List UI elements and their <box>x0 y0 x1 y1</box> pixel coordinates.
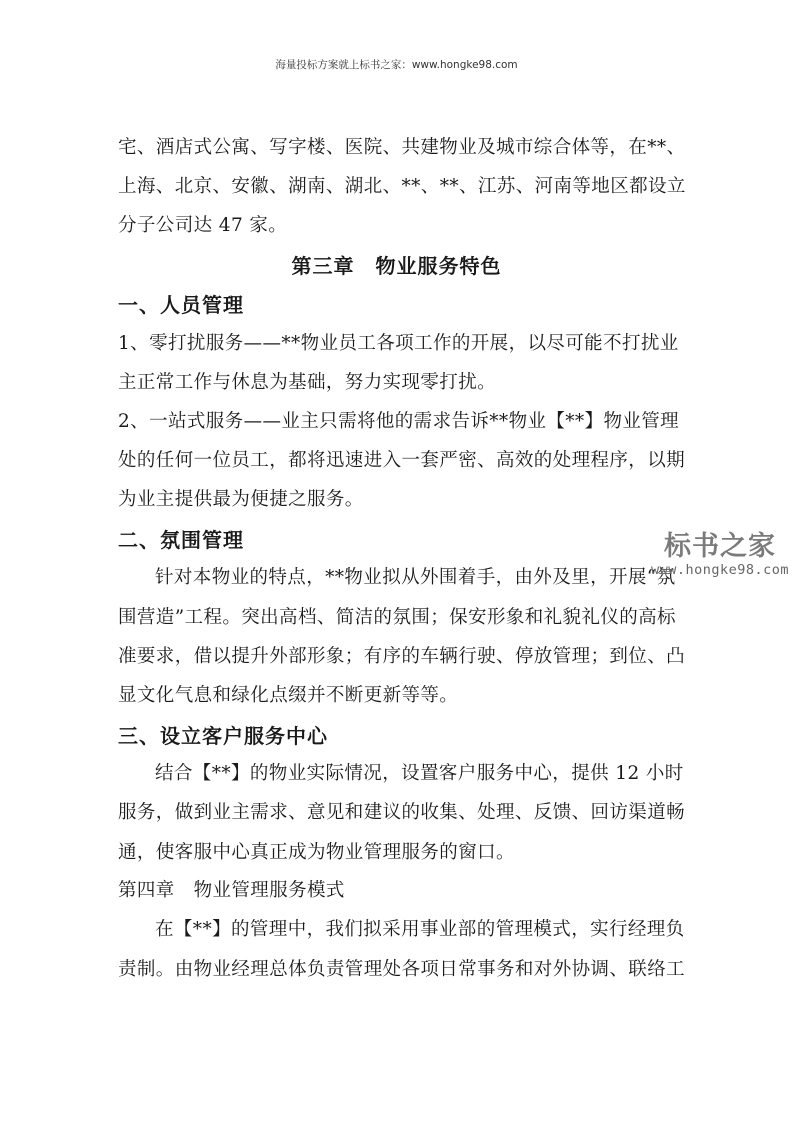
watermark-title: 标书之家 <box>645 532 793 562</box>
section-1-line-4: 处的任何一位员工，都将迅速进入一套严密、高效的处理程序，以期 <box>118 446 685 472</box>
section-2-line-1: 针对本物业的特点，**物业拟从外围着手，由外及里，开展“氛 <box>155 563 676 589</box>
chapter-4-line-1: 在【**】的管理中，我们拟采用事业部的管理模式，实行经理负 <box>155 915 685 941</box>
section-2-line-4: 显文化气息和绿化点缀并不断更新等等。 <box>118 681 458 707</box>
watermark-url: www.hongke98.com <box>645 562 793 578</box>
page-header-banner: 海量投标方案就上标书之家：www.hongke98.com <box>0 57 793 72</box>
section-1-line-3: 2、一站式服务——业主只需将他的需求告诉**物业【**】物业管理 <box>118 407 679 433</box>
section-1-line-2: 主正常工作与休息为基础，努力实现零打扰。 <box>118 368 496 394</box>
section-2-title: 二、氛围管理 <box>118 524 244 553</box>
section-2-line-2: 围营造”工程。突出高档、简洁的氛围；保安形象和礼貌礼仪的高标 <box>118 603 676 629</box>
intro-line-3: 分子公司达 47 家。 <box>118 211 287 237</box>
chapter-4-title: 第四章 物业管理服务模式 <box>118 876 345 902</box>
section-3-line-1: 结合【**】的物业实际情况，设置客户服务中心，提供 12 小时 <box>155 759 684 785</box>
watermark-logo: 标书之家 www.hongke98.com <box>645 532 793 578</box>
intro-line-1: 宅、酒店式公寓、写字楼、医院、共建物业及城市综合体等，在**、 <box>118 133 685 159</box>
section-3-title: 三、设立客户服务中心 <box>118 720 328 749</box>
section-3-line-3: 通，使客服中心真正成为物业管理服务的窗口。 <box>118 838 515 864</box>
chapter-3-title: 第三章 物业服务特色 <box>0 250 793 279</box>
section-3-line-2: 服务，做到业主需求、意见和建议的收集、处理、反馈、回访渠道畅 <box>118 798 685 824</box>
chapter-4-line-2: 责制。由物业经理总体负责管理处各项日常事务和对外协调、联络工 <box>118 955 685 981</box>
section-2-line-3: 准要求，借以提升外部形象；有序的车辆行驶、停放管理；到位、凸 <box>118 642 685 668</box>
intro-line-2: 上海、北京、安徽、湖南、湖北、**、**、江苏、河南等地区都设立 <box>118 172 686 198</box>
section-1-line-5: 为业主提供最为便捷之服务。 <box>118 485 364 511</box>
section-1-line-1: 1、零打扰服务——**物业员工各项工作的开展，以尽可能不打扰业 <box>118 329 679 355</box>
section-1-title: 一、人员管理 <box>118 289 244 318</box>
